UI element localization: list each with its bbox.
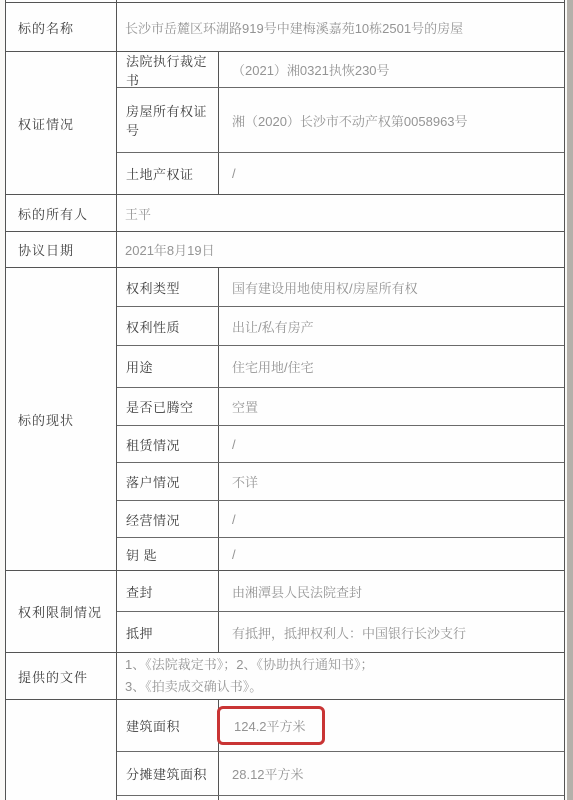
row-value: 湘（2020）长沙市不动产权第0058963号 [219,88,564,152]
row-value: 有抵押，抵押权利人：中国银行长沙支行 [219,612,564,652]
group-label: 权证情况 [6,52,117,194]
table-row: 查封 由湘潭县人民法院查封 [117,571,564,612]
row-label: 权利性质 [117,307,219,345]
row-value: 1、《法院裁定书》；2、《协助执行通知书》； 3、《拍卖成交确认书》。 [117,653,564,699]
row-label: 查封 [117,571,219,611]
table-row: 标的所有人 王平 [6,195,564,232]
row-label: 土地产权证 [117,153,219,194]
row-value: 不详 [219,463,564,500]
group-label: 权利限制情况 [6,571,117,652]
table-row: 提供的文件 1、《法院裁定书》；2、《协助执行通知书》； 3、《拍卖成交确认书》… [6,653,564,700]
group-label [6,700,117,800]
row-label: 是否已腾空 [117,388,219,425]
table-row: 经营情况 / [117,501,564,538]
row-value: 空置 [219,388,564,425]
row-label: 经营情况 [117,501,219,537]
table-row: 抵押 有抵押，抵押权利人：中国银行长沙支行 [117,612,564,652]
table-row: 权利类型 国有建设用地使用权/房屋所有权 [117,268,564,307]
row-label: 提供的文件 [6,653,117,699]
table-row: 是否已腾空 空置 [117,388,564,426]
row-value: / [219,426,564,462]
table-group: 建筑面积 124.2平方米 分摊建筑面积 28.12平方米 [6,700,564,800]
table-group: 标的现状 权利类型 国有建设用地使用权/房屋所有权 权利性质 出让/私有房产 用… [6,268,564,571]
row-value: （2021）湘0321执恢230号 [219,52,564,87]
row-value: 王平 [117,195,564,231]
row-value: 长沙市岳麓区环湖路919号中建梅溪嘉苑10栋2501号的房屋 [117,3,564,51]
table-row: 用途 住宅用地/住宅 [117,346,564,388]
row-value: 住宅用地/住宅 [219,346,564,387]
row-label: 法院执行裁定书 [117,52,219,87]
table-row: 建筑面积 124.2平方米 [117,700,564,752]
cutoff-row-bottom [117,796,564,800]
row-label: 房屋所有权证号 [117,88,219,152]
table-row: 房屋所有权证号 湘（2020）长沙市不动产权第0058963号 [117,88,564,153]
table-row: 落户情况 不详 [117,463,564,501]
table-group: 权证情况 法院执行裁定书 （2021）湘0321执恢230号 房屋所有权证号 湘… [6,52,564,195]
row-value: 2021年8月19日 [117,232,564,267]
table-row: 租赁情况 / [117,426,564,463]
row-label: 钥 匙 [117,538,219,570]
row-value: 出让/私有房产 [219,307,564,345]
row-label: 协议日期 [6,232,117,267]
row-value: 28.12平方米 [219,752,564,795]
table-row: 分摊建筑面积 28.12平方米 [117,752,564,796]
photo-edge-band [567,0,573,800]
table-row: 土地产权证 / [117,153,564,194]
table-row: 协议日期 2021年8月19日 [6,232,564,268]
row-label: 分摊建筑面积 [117,752,219,795]
row-value: / [219,538,564,570]
row-value: / [219,501,564,537]
row-value: 124.2平方米 [219,700,564,751]
row-label: 建筑面积 [117,700,219,751]
row-label: 落户情况 [117,463,219,500]
property-detail-table: 标的名称 长沙市岳麓区环湖路919号中建梅溪嘉苑10栋2501号的房屋 权证情况… [5,0,565,800]
table-row: 法院执行裁定书 （2021）湘0321执恢230号 [117,52,564,88]
row-label: 权利类型 [117,268,219,306]
row-label: 标的所有人 [6,195,117,231]
table-row: 权利性质 出让/私有房产 [117,307,564,346]
row-label: 标的名称 [6,3,117,51]
row-value: / [219,153,564,194]
table-row: 钥 匙 / [117,538,564,570]
table-row: 标的名称 长沙市岳麓区环湖路919号中建梅溪嘉苑10栋2501号的房屋 [6,3,564,52]
group-label: 标的现状 [6,268,117,570]
highlight-box: 124.2平方米 [217,706,325,745]
row-label: 租赁情况 [117,426,219,462]
table-group: 权利限制情况 查封 由湘潭县人民法院查封 抵押 有抵押，抵押权利人：中国银行长沙… [6,571,564,653]
row-label: 抵押 [117,612,219,652]
highlighted-value: 124.2平方米 [234,719,306,734]
row-value: 国有建设用地使用权/房屋所有权 [219,268,564,306]
row-label: 用途 [117,346,219,387]
row-value: 由湘潭县人民法院查封 [219,571,564,611]
